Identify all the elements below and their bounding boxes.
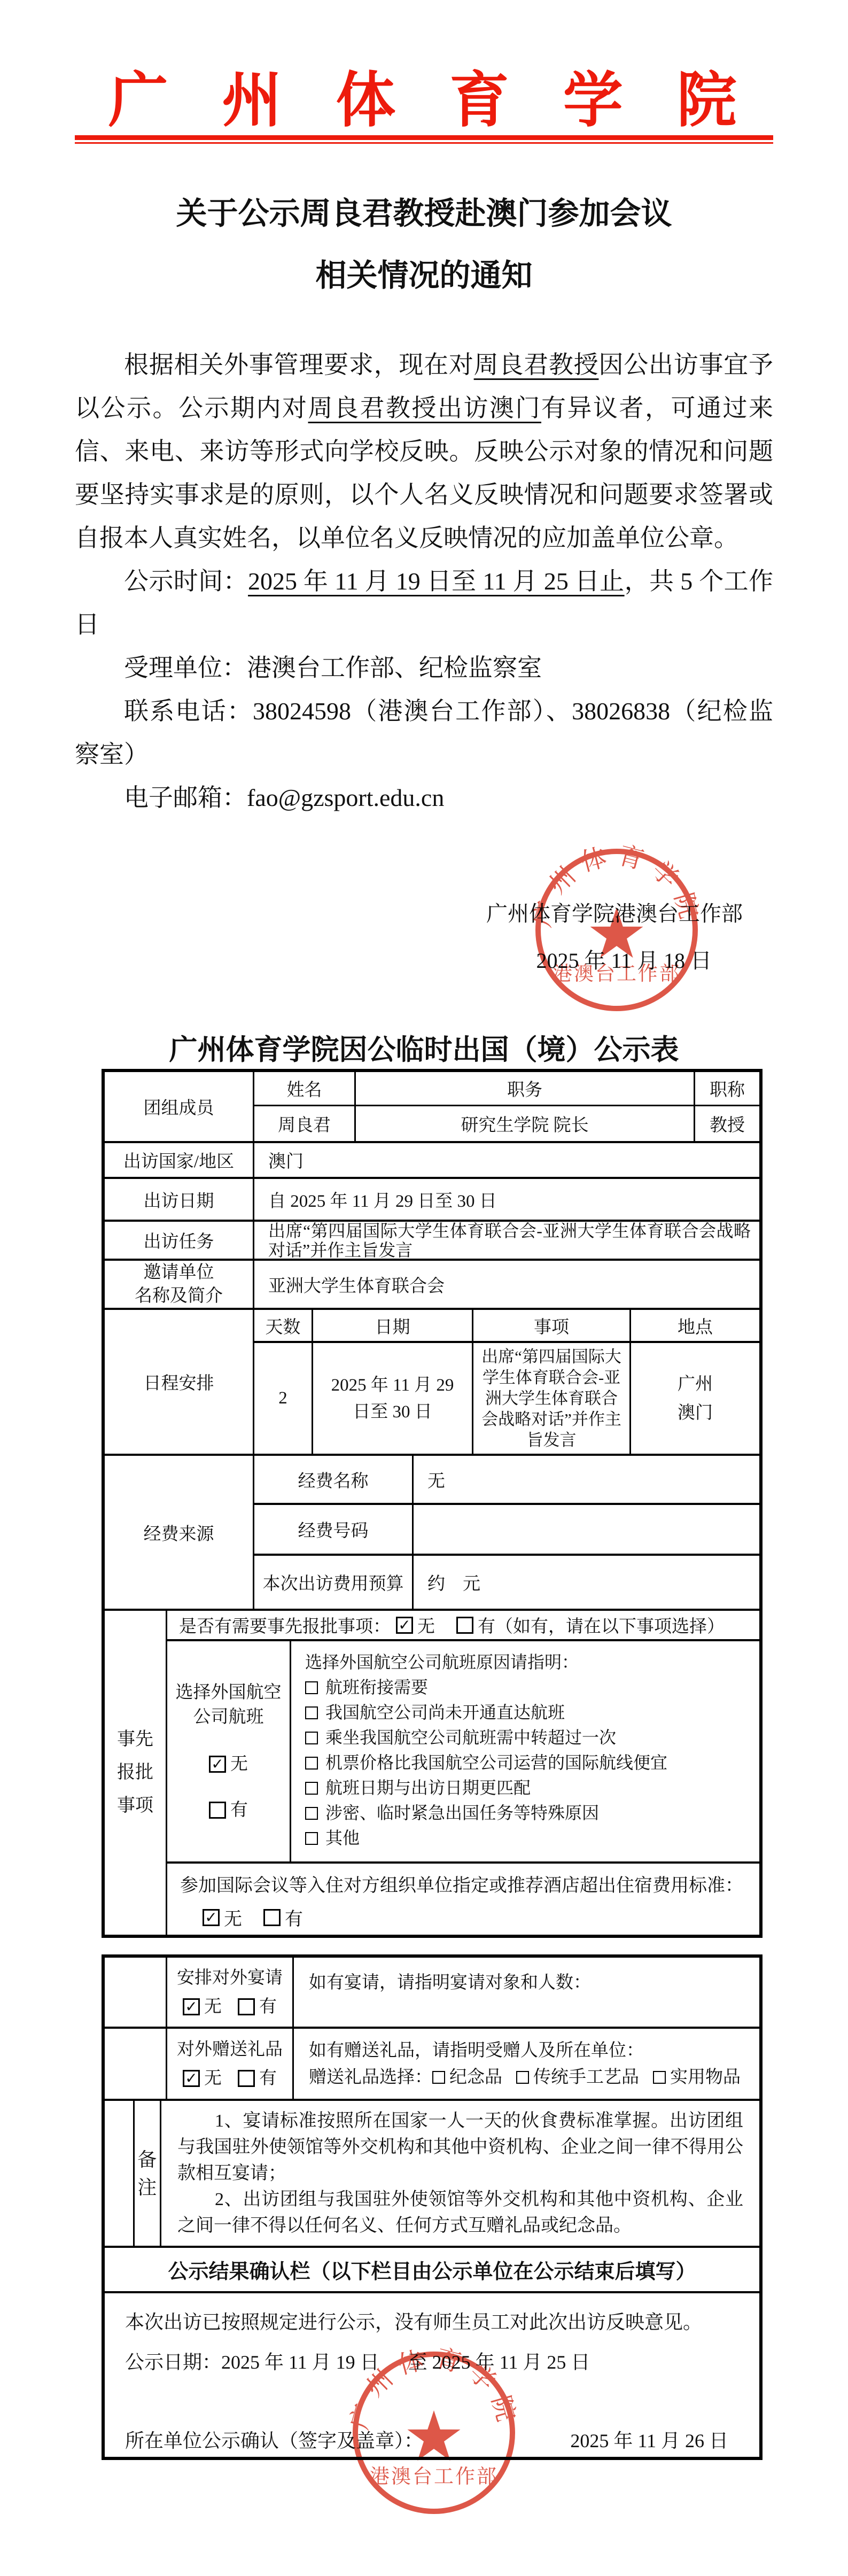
official-stamp-1: 广州体育学院 港澳台工作部 bbox=[531, 844, 702, 1015]
remarks-label-line1: 备 bbox=[137, 2146, 157, 2174]
member-duty: 研究生学院 院长 bbox=[356, 1106, 695, 1141]
option-none-label: 无 bbox=[224, 1904, 242, 1930]
option-has-label: 有 bbox=[285, 1904, 303, 1930]
paragraph-intro: 根据相关外事管理要求，现在对周良君教授因公出访事宜予以公示。公示期内对周良君教授… bbox=[75, 343, 773, 560]
row-inviter: 邀请单位 名称及简介 亚洲大学生体育联合会 bbox=[105, 1261, 759, 1310]
members-header-name: 姓名 bbox=[254, 1072, 356, 1105]
dates-value: 自 2025 年 11 月 29 日至 30 日 bbox=[254, 1179, 759, 1220]
schedule-date: 2025 年 11 月 29 日至 30 日 bbox=[313, 1343, 473, 1454]
text-run: 根据相关外事管理要求，现在对 bbox=[124, 351, 474, 378]
option-has-label: 有（如有，请在以下事项选择） bbox=[478, 1612, 725, 1638]
funding-label: 经费来源 bbox=[105, 1456, 254, 1609]
check-icon: ✓ bbox=[211, 1755, 223, 1773]
flight-reasons-title: 选择外国航空公司航班原因请指明： bbox=[305, 1650, 579, 1675]
form-title: 广州体育学院因公临时出国（境）公示表 bbox=[0, 1027, 848, 1068]
schedule-place-line1: 广州 bbox=[678, 1370, 713, 1399]
option-has-label: 有 bbox=[230, 1798, 248, 1822]
row-confirm-header: 公示结果确认栏（以下栏目由公示单位在公示结束后填写） bbox=[105, 2248, 759, 2293]
checkbox-unchecked[interactable] bbox=[305, 1706, 318, 1719]
approval-question: 是否有需要事先报批事项： bbox=[179, 1612, 391, 1638]
option-none-label: 无 bbox=[204, 1995, 222, 2019]
flight-reason-option: 机票价格比我国航空公司运营的国际航线便宜 bbox=[325, 1750, 667, 1775]
task-value: 出席“第四届国际大学生体育联合会-亚洲大学生体育联合会战略对话”并作主旨发言 bbox=[254, 1222, 759, 1259]
checkbox-unchecked[interactable] bbox=[305, 1732, 318, 1744]
remarks-item: 2、出访团组与我国驻外使领馆等外交机构和其他中资机构、企业之间一律不得以任何名义… bbox=[177, 2186, 743, 2239]
paragraph-accept-unit: 受理单位：港澳台工作部、纪检监察室 bbox=[75, 646, 773, 689]
checkbox-unchecked[interactable] bbox=[305, 1757, 318, 1770]
schedule-place-line2: 澳门 bbox=[678, 1399, 713, 1427]
flight-label-line1: 选择外国航空 bbox=[176, 1680, 282, 1705]
inviter-label-line2: 名称及简介 bbox=[135, 1284, 223, 1308]
dates-label: 出访日期 bbox=[105, 1179, 254, 1220]
underlined-name: 周良君教授 bbox=[474, 351, 599, 378]
checkbox-unchecked[interactable] bbox=[432, 2071, 445, 2084]
schedule-days: 2 bbox=[254, 1343, 313, 1454]
flight-reason-option: 其他 bbox=[325, 1826, 360, 1851]
letterhead-org: 广州体育学院 bbox=[0, 52, 848, 138]
checkbox-checked[interactable]: ✓ bbox=[183, 2070, 200, 2087]
stamp-bottom-text: 港澳台工作部 bbox=[553, 963, 681, 985]
form-table-part1: 团组成员 姓名 职务 职称 周良君 研究生学院 院长 教授 出访国家/地区 澳门… bbox=[102, 1069, 763, 1938]
notice-title-line1: 关于公示周良君教授赴澳门参加会议 bbox=[0, 188, 848, 233]
gift-option: 传统手工艺品 bbox=[533, 2064, 639, 2091]
gift-option: 纪念品 bbox=[449, 2064, 502, 2091]
empty-label-cell bbox=[105, 2029, 167, 2099]
checkbox-unchecked[interactable] bbox=[653, 2071, 666, 2084]
option-has-label: 有 bbox=[259, 2066, 277, 2091]
checkbox-unchecked[interactable] bbox=[305, 1807, 318, 1820]
notice-title-line2: 相关情况的通知 bbox=[0, 250, 848, 295]
row-funding: 经费来源 经费名称 无 经费号码 本次出访费用预算 约 元 bbox=[105, 1456, 759, 1611]
funding-number-value bbox=[414, 1505, 759, 1554]
country-label: 出访国家/地区 bbox=[105, 1143, 254, 1177]
members-header-title: 职称 bbox=[695, 1072, 759, 1105]
gifts-label: 对外赠送礼品 bbox=[177, 2037, 283, 2062]
paragraph-period: 公示时间：2025 年 11 月 19 日至 11 月 25 日止，共 5 个工… bbox=[75, 560, 773, 646]
approval-label-line1: 事先 bbox=[117, 1723, 153, 1756]
row-banquet: 安排对外宴请 ✓ 无 有 如有宴请，请指明宴请对象和人数： bbox=[105, 1958, 759, 2029]
flight-label-line2: 公司航班 bbox=[193, 1705, 264, 1729]
paragraph-email: 电子邮箱：fao@gzsport.edu.cn bbox=[75, 776, 773, 819]
check-icon: ✓ bbox=[398, 1616, 410, 1634]
notice-body: 根据相关外事管理要求，现在对周良君教授因公出访事宜予以公示。公示期内对周良君教授… bbox=[75, 343, 773, 819]
flight-reason-option: 航班衔接需要 bbox=[325, 1675, 428, 1700]
task-label: 出访任务 bbox=[105, 1222, 254, 1259]
checkbox-unchecked[interactable] bbox=[263, 1909, 281, 1926]
row-schedule: 日程安排 天数 日期 事项 地点 2 2025 年 11 月 29 日至 30 … bbox=[105, 1310, 759, 1456]
checkbox-unchecked[interactable] bbox=[238, 1998, 255, 2015]
checkbox-unchecked[interactable] bbox=[305, 1832, 318, 1845]
checkbox-unchecked[interactable] bbox=[305, 1782, 318, 1795]
checkbox-unchecked[interactable] bbox=[516, 2071, 529, 2084]
option-none-label: 无 bbox=[417, 1612, 435, 1638]
empty-label-cell bbox=[105, 2101, 135, 2246]
check-icon: ✓ bbox=[185, 1998, 197, 2015]
checkbox-checked[interactable]: ✓ bbox=[396, 1617, 413, 1634]
banquet-label: 安排对外宴请 bbox=[177, 1966, 283, 1990]
approval-label-line3: 事项 bbox=[117, 1789, 153, 1822]
confirm-sign-date: 2025 年 11 月 26 日 bbox=[570, 2426, 728, 2453]
schedule-header-days: 天数 bbox=[254, 1310, 313, 1341]
option-none-label: 无 bbox=[204, 2066, 222, 2091]
official-stamp-2: 广州体育学院 港澳台工作部 bbox=[348, 2347, 519, 2518]
row-dates: 出访日期 自 2025 年 11 月 29 日至 30 日 bbox=[105, 1179, 759, 1222]
confirm-statement: 本次出访已按照规定进行公示，没有师生员工对此次出访反映意见。 bbox=[125, 2307, 743, 2334]
country-value: 澳门 bbox=[254, 1143, 759, 1177]
checkbox-checked[interactable]: ✓ bbox=[183, 1998, 200, 2015]
row-remarks: 备 注 1、宴请标准按照所在国家一人一天的伙食费标准掌握。出访团组与我国驻外使领… bbox=[105, 2101, 759, 2248]
schedule-header-place: 地点 bbox=[631, 1310, 759, 1341]
inviter-label-line1: 邀请单位 bbox=[144, 1261, 214, 1284]
flight-reason-option: 乘坐我国航空公司航班需中转超过一次 bbox=[325, 1725, 616, 1750]
flight-reason-option: 我国航空公司尚未开通直达航班 bbox=[325, 1700, 565, 1725]
row-country: 出访国家/地区 澳门 bbox=[105, 1143, 759, 1179]
row-members: 团组成员 姓名 职务 职称 周良君 研究生学院 院长 教授 bbox=[105, 1072, 759, 1143]
option-has-label: 有 bbox=[259, 1995, 277, 2019]
member-title: 教授 bbox=[695, 1106, 759, 1141]
checkbox-checked[interactable]: ✓ bbox=[203, 1909, 220, 1926]
gifts-note1: 如有赠送礼品，请指明受赠人及所在单位： bbox=[309, 2037, 644, 2064]
member-name: 周良君 bbox=[254, 1106, 356, 1141]
paragraph-phone: 联系电话：38024598（港澳台工作部）、38026838（纪检监察室） bbox=[75, 689, 773, 776]
check-icon: ✓ bbox=[185, 2069, 197, 2087]
schedule-header-date: 日期 bbox=[313, 1310, 473, 1341]
confirm-date-range-start: 公示日期：2025 年 11 月 19 日 bbox=[125, 2352, 379, 2373]
remarks-label-line2: 注 bbox=[137, 2174, 157, 2201]
stamp-bottom-text: 港澳台工作部 bbox=[370, 2465, 498, 2488]
funding-name-value: 无 bbox=[414, 1456, 759, 1503]
stamp-star-icon bbox=[590, 907, 643, 958]
checkbox-unchecked[interactable] bbox=[209, 1802, 226, 1819]
confirm-header: 公示结果确认栏（以下栏目由公示单位在公示结束后填写） bbox=[105, 2248, 759, 2291]
row-prior-approval: 事先 报批 事项 是否有需要事先报批事项： ✓ 无 有（如有，请在以下事项选择） bbox=[105, 1611, 759, 1935]
schedule-item: 出席“第四届国际大学生体育联合会-亚洲大学生体育联合会战略对话”并作主旨发言 bbox=[473, 1343, 631, 1454]
empty-label-cell bbox=[105, 1958, 167, 2027]
funding-name-label: 经费名称 bbox=[254, 1456, 414, 1503]
underlined-period: 2025 年 11 月 19 日至 11 月 25 日止 bbox=[248, 568, 625, 595]
approval-label-line2: 报批 bbox=[117, 1756, 153, 1789]
stamp-star-icon bbox=[408, 2410, 461, 2461]
funding-budget-label: 本次出访费用预算 bbox=[254, 1556, 414, 1609]
hotel-question: 参加国际会议等入住对方组织单位指定或推荐酒店超出住宿费用标准： bbox=[180, 1873, 746, 1899]
flight-reason-option: 涉密、临时紧急出国任务等特殊原因 bbox=[325, 1801, 599, 1826]
schedule-label: 日程安排 bbox=[105, 1310, 254, 1454]
remarks-item: 1、宴请标准按照所在国家一人一天的伙食费标准掌握。出访团组与我国驻外使领馆等外交… bbox=[177, 2108, 743, 2186]
schedule-header-item: 事项 bbox=[473, 1310, 631, 1341]
text-run: 公示时间： bbox=[124, 568, 248, 595]
gifts-note2-prefix: 赠送礼品选择： bbox=[309, 2064, 432, 2091]
funding-budget-value: 约 元 bbox=[414, 1556, 759, 1609]
gift-option: 实用物品 bbox=[670, 2064, 741, 2091]
flight-reason-option: 航班日期与出访日期更匹配 bbox=[325, 1775, 531, 1801]
funding-number-label: 经费号码 bbox=[254, 1505, 414, 1554]
checkbox-checked[interactable]: ✓ bbox=[209, 1756, 226, 1773]
letterhead-divider bbox=[75, 135, 773, 144]
members-header-duty: 职务 bbox=[356, 1072, 695, 1105]
row-gifts: 对外赠送礼品 ✓ 无 有 如有赠送礼品，请指明受赠人及所在单位： 赠送礼品选择：… bbox=[105, 2029, 759, 2101]
checkbox-unchecked[interactable] bbox=[238, 2070, 255, 2087]
banquet-note: 如有宴请，请指明宴请对象和人数： bbox=[294, 1958, 759, 2027]
underlined-trip: 周良君教授出访澳门 bbox=[308, 394, 542, 422]
scanned-notice-page: { "colors": { "accent_red": "#ed1b0c", "… bbox=[0, 0, 848, 2576]
row-task: 出访任务 出席“第四届国际大学生体育联合会-亚洲大学生体育联合会战略对话”并作主… bbox=[105, 1222, 759, 1261]
check-icon: ✓ bbox=[205, 1908, 217, 1926]
option-none-label: 无 bbox=[230, 1752, 248, 1776]
checkbox-unchecked[interactable] bbox=[305, 1681, 318, 1694]
inviter-value: 亚洲大学生体育联合会 bbox=[254, 1261, 759, 1308]
checkbox-unchecked[interactable] bbox=[456, 1617, 473, 1634]
members-label: 团组成员 bbox=[105, 1072, 254, 1141]
